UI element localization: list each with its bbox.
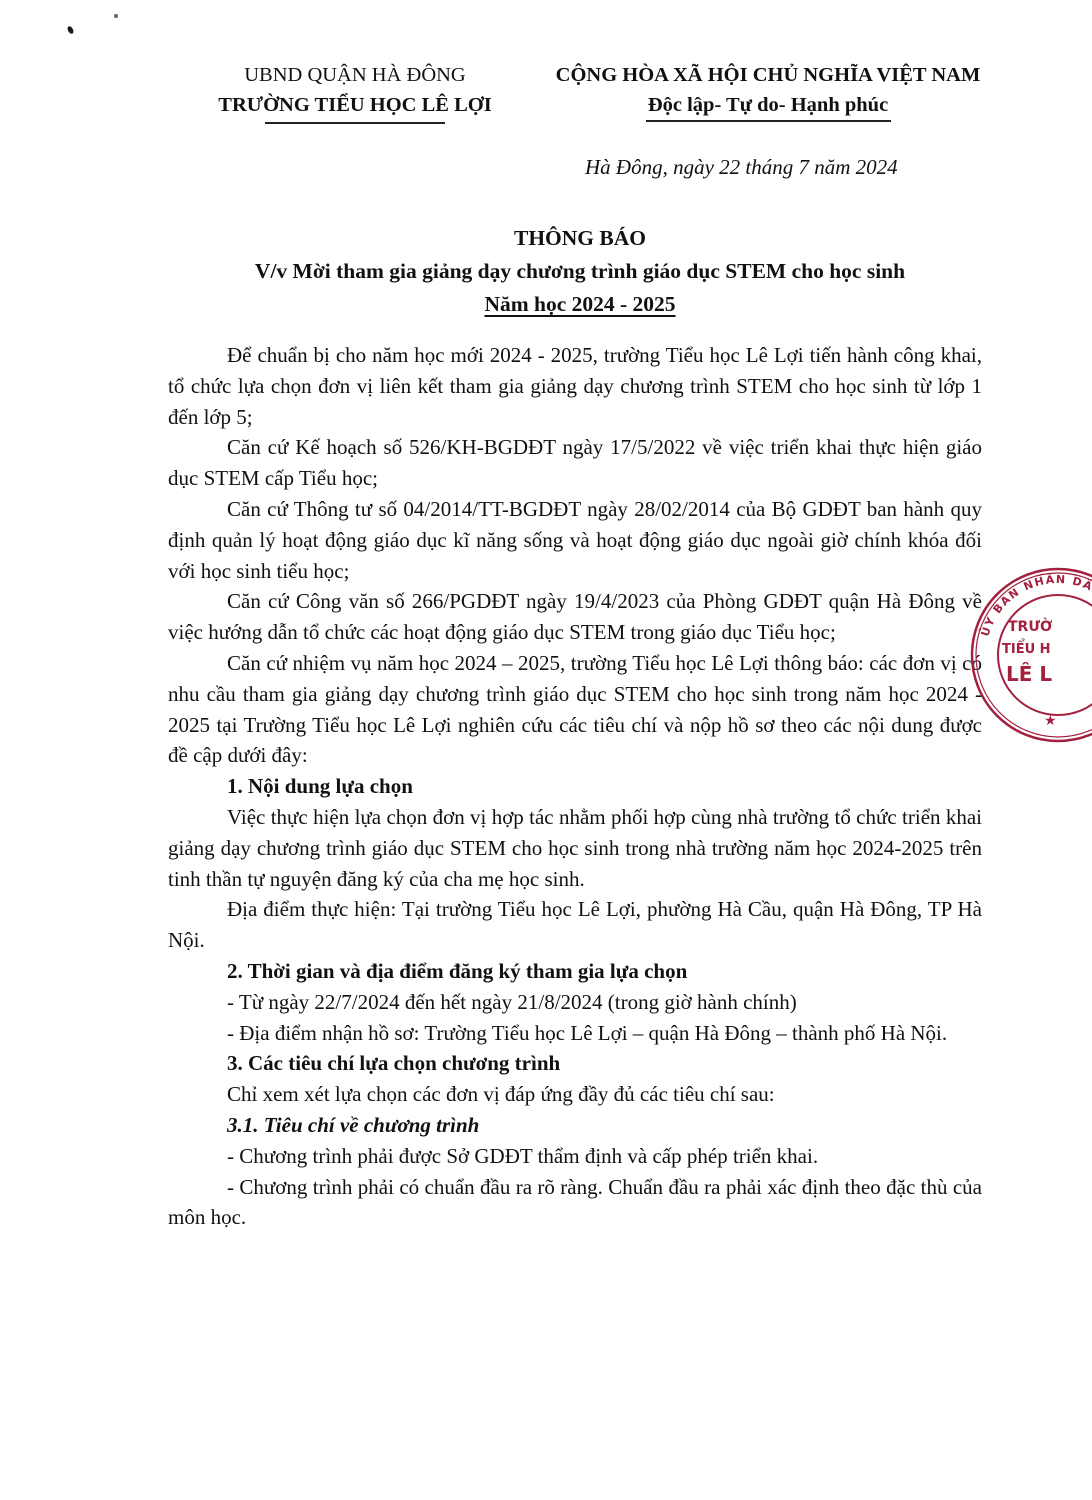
issue-date: Hà Đông, ngày 22 tháng 7 năm 2024	[585, 155, 898, 180]
section-3-1-item: - Chương trình phải có chuẩn đầu ra rõ r…	[168, 1172, 982, 1234]
section-3-1-item: - Chương trình phải được Sở GDĐT thẩm đị…	[168, 1141, 982, 1172]
basis-paragraph: Căn cứ nhiệm vụ năm học 2024 – 2025, trư…	[168, 648, 982, 771]
svg-text:TRƯỜ: TRƯỜ	[1008, 617, 1052, 635]
title-year: Năm học 2024 - 2025	[484, 292, 675, 316]
title-main: THÔNG BÁO	[0, 222, 1092, 255]
nation-motto: Độc lập- Tự do- Hạnh phúc	[548, 90, 988, 120]
document-header: UBND QUẬN HÀ ĐÔNG TRƯỜNG TIỂU HỌC LÊ LỢI…	[0, 60, 1092, 150]
title-subject: V/v Mời tham gia giảng dạy chương trình …	[0, 255, 1092, 288]
intro-paragraph: Để chuẩn bị cho năm học mới 2024 - 2025,…	[168, 340, 982, 432]
section-3-intro: Chỉ xem xét lựa chọn các đơn vị đáp ứng …	[168, 1079, 982, 1110]
document-title: THÔNG BÁO V/v Mời tham gia giảng dạy chư…	[0, 222, 1092, 321]
svg-text:LÊ L: LÊ L	[1006, 662, 1052, 686]
section-3-heading: 3. Các tiêu chí lựa chọn chương trình	[168, 1048, 982, 1079]
section-2-item: - Địa điểm nhận hồ sơ: Trường Tiểu học L…	[168, 1018, 982, 1049]
issuer-agency: UBND QUẬN HÀ ĐÔNG	[205, 60, 505, 90]
scan-speck	[114, 14, 118, 18]
section-2-heading: 2. Thời gian và địa điểm đăng ký tham gi…	[168, 956, 982, 987]
basis-paragraph: Căn cứ Kế hoạch số 526/KH-BGDĐT ngày 17/…	[168, 432, 982, 494]
document-body: Để chuẩn bị cho năm học mới 2024 - 2025,…	[168, 340, 982, 1233]
section-2-item: - Từ ngày 22/7/2024 đến hết ngày 21/8/20…	[168, 987, 982, 1018]
section-1-heading: 1. Nội dung lựa chọn	[168, 771, 982, 802]
issuer-underline	[265, 122, 445, 124]
basis-paragraph: Căn cứ Thông tư số 04/2014/TT-BGDĐT ngày…	[168, 494, 982, 586]
motto-underline	[646, 120, 891, 122]
official-seal-icon: ỦY BAN NHÂN DÂN QUẬN TRƯỜ TIỂU H LÊ L ★	[968, 565, 1092, 745]
section-1-paragraph: Việc thực hiện lựa chọn đơn vị hợp tác n…	[168, 802, 982, 894]
section-1-location: Địa điểm thực hiện: Tại trường Tiểu học …	[168, 894, 982, 956]
svg-text:★: ★	[1044, 713, 1057, 729]
scan-speck	[66, 25, 74, 34]
svg-text:TIỂU H: TIỂU H	[1002, 639, 1051, 657]
issuer-block: UBND QUẬN HÀ ĐÔNG TRƯỜNG TIỂU HỌC LÊ LỢI	[205, 60, 505, 124]
national-heading: CỘNG HÒA XÃ HỘI CHỦ NGHĨA VIỆT NAM Độc l…	[548, 60, 988, 122]
section-3-1-heading: 3.1. Tiêu chí về chương trình	[168, 1110, 982, 1141]
issuer-school: TRƯỜNG TIỂU HỌC LÊ LỢI	[205, 90, 505, 120]
basis-paragraph: Căn cứ Công văn số 266/PGDĐT ngày 19/4/2…	[168, 586, 982, 648]
nation-name: CỘNG HÒA XÃ HỘI CHỦ NGHĨA VIỆT NAM	[548, 60, 988, 90]
